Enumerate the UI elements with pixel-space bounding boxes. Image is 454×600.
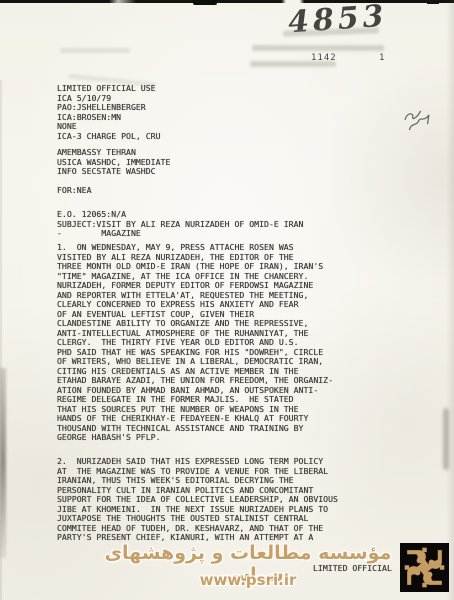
for-line: FOR:NEA <box>57 186 92 196</box>
psri-watermark-url: www.psri.ir <box>158 571 338 589</box>
scan-edge-shadow-right <box>446 0 454 600</box>
scan-smudge-right <box>443 408 449 470</box>
stamp-page-number: 1 <box>379 53 385 63</box>
scan-edge-artifact-corner <box>427 0 439 4</box>
scan-edge-shadow-left <box>0 80 2 600</box>
handwritten-scribble <box>399 102 442 145</box>
scan-edge-artifact-blob <box>193 0 217 5</box>
paragraph-1: 1. ON WEDNESDAY, MAY 9, PRESS ATTACHE RO… <box>57 243 333 443</box>
scanned-telegram-page: 4853 1142 1 LIMITED OFFICIAL USE ICA 5/1… <box>0 0 454 600</box>
paragraph-2: 2. NURIZADEH SAID THAT HIS EXPRESSED LON… <box>57 457 338 543</box>
subject-block: E.O. 12065:N/A SUBJECT:VISIT BY ALI REZA… <box>57 210 303 239</box>
psri-logo <box>400 543 449 592</box>
stamp-number: 1142 <box>311 53 337 63</box>
address-block: AMEMBASSY TEHRAN USICA WASHDC, IMMEDIATE… <box>57 148 170 177</box>
routing-header-block: LIMITED OFFICIAL USE ICA 5/10/79 PAO:JSH… <box>57 84 161 141</box>
